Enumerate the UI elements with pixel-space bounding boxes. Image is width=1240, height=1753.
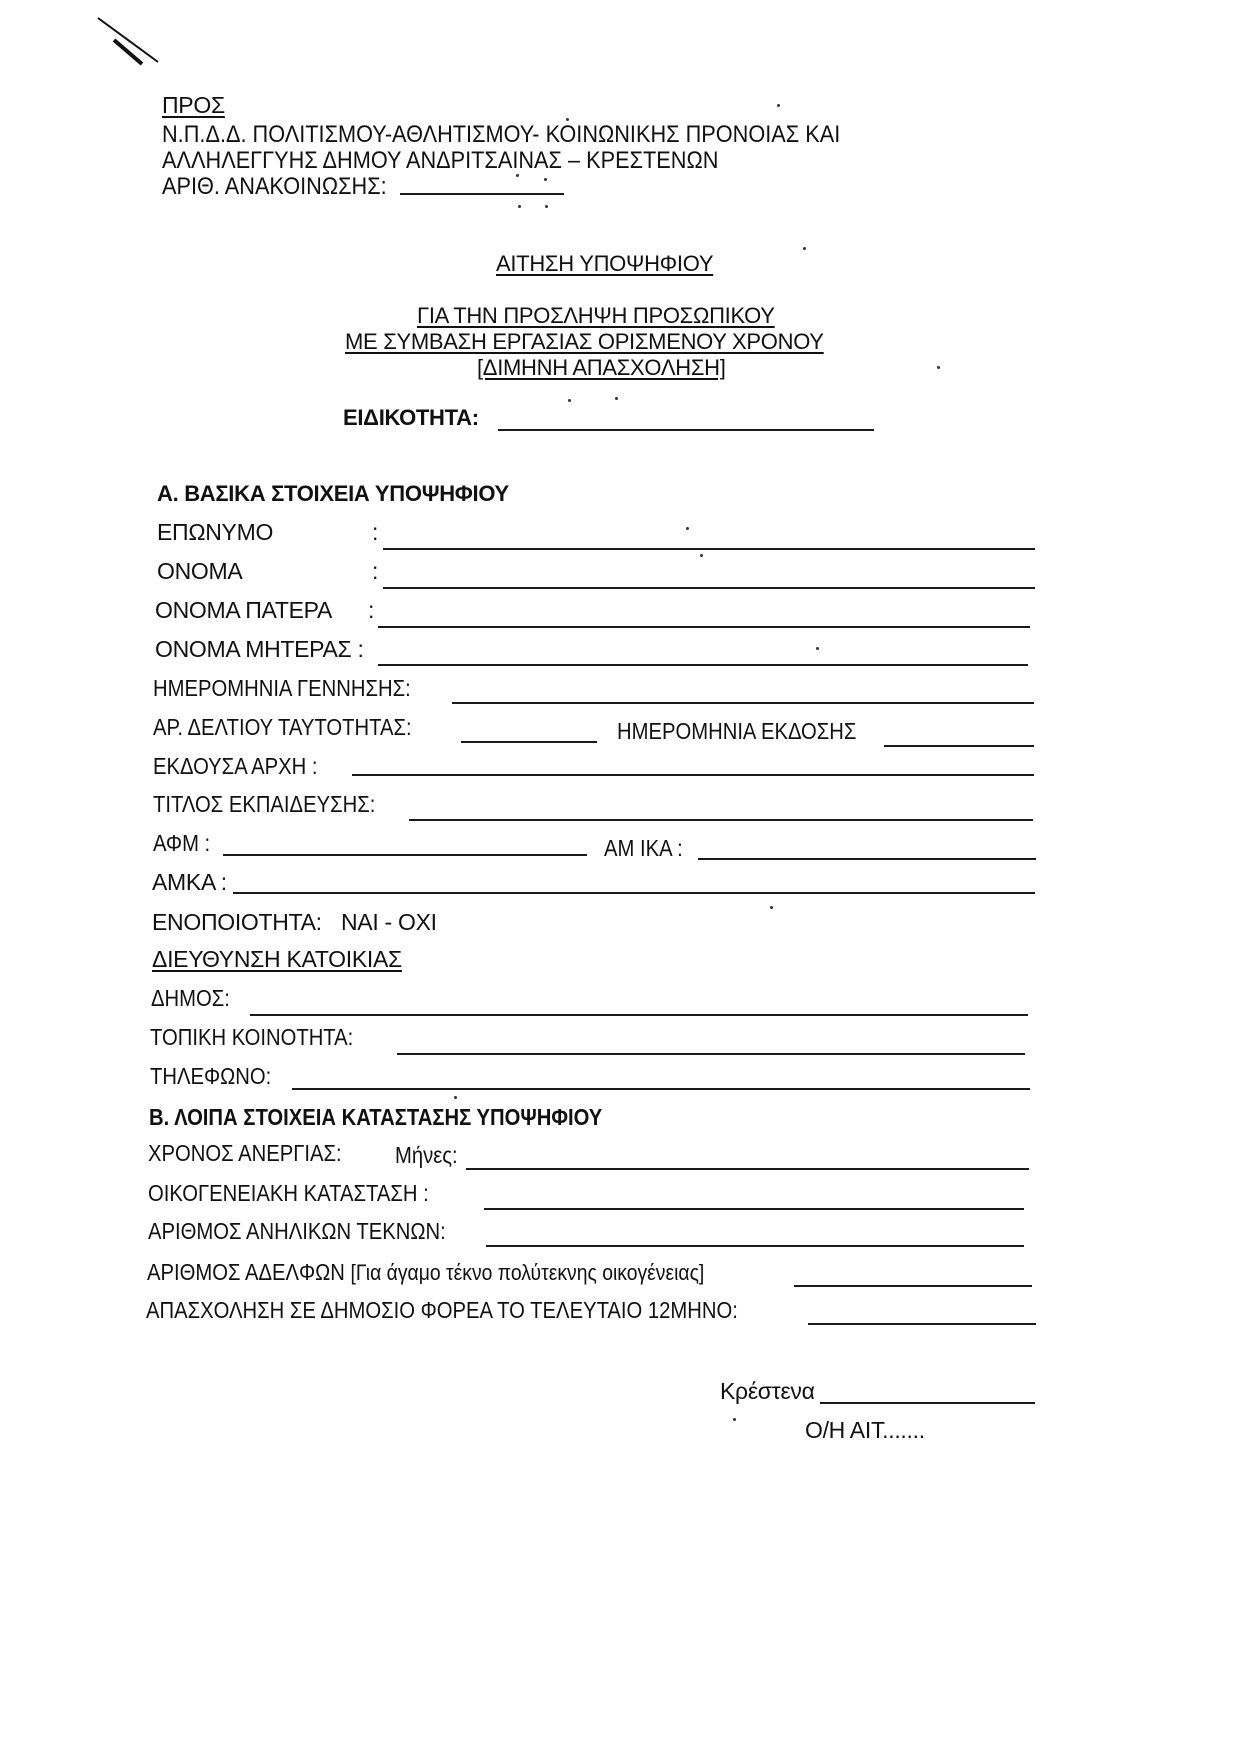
municipality-label: ΔΗΜΟΣ: [151,985,230,1012]
siblings-field[interactable] [794,1285,1032,1287]
section-b-heading: Β. ΛΟΙΠΑ ΣΤΟΙΧΕΙΑ ΚΑΤΑΣΤΑΣΗΣ ΥΠΟΨΗΦΙΟΥ [149,1104,602,1131]
to-label: ΠΡΟΣ [162,92,225,119]
announcement-label: ΑΡΙΘ. ΑΝΑΚΟΙΝΩΣΗΣ: [162,173,387,201]
minor-children-field[interactable] [486,1245,1024,1247]
scan-speck [566,118,569,121]
unification-options[interactable]: ΝΑΙ - ΟΧΙ [341,909,437,936]
community-field[interactable] [397,1053,1025,1055]
signature-label: Ο/Η ΑΙΤ....... [805,1417,925,1444]
form-subtitle-2: ΜΕ ΣΥΜΒΑΣΗ ΕΡΓΑΣΙΑΣ ΟΡΙΣΜΕΝΟΥ ΧΡΟΝΟΥ [345,329,824,355]
scan-speck [568,399,571,402]
scan-speck [545,205,548,208]
section-a-heading: Α. ΒΑΣΙΚΑ ΣΤΟΙΧΕΙΑ ΥΠΟΨΗΦΙΟΥ [157,481,509,507]
form-subtitle-3: [ΔΙΜΗΝΗ ΑΠΑΣΧΟΛΗΣΗ] [477,355,726,381]
scan-speck [777,104,780,107]
siblings-label-text: ΑΡΙΘΜΟΣ ΑΔΕΛΦΩΝ [147,1259,345,1285]
scan-speck [700,554,703,557]
issuing-authority-label: ΕΚΔΟΥΣΑ ΑΡΧΗ : [153,753,317,780]
birth-date-label: ΗΜΕΡΟΜΗΝΙΑ ΓΕΝΝΗΣΗΣ: [153,675,411,702]
issue-date-label: ΗΜΕΡΟΜΗΝΙΑ ΕΚΔΟΣΗΣ [617,718,856,745]
scan-speck [615,397,618,400]
afm-label: ΑΦΜ : [153,830,210,857]
father-name-field[interactable] [378,626,1030,628]
mother-name-field[interactable] [378,664,1028,666]
scan-speck [686,527,689,530]
scan-speck [454,1096,457,1099]
scan-speck [770,906,773,909]
recipient-line-1: Ν.Π.Δ.Δ. ΠΟΛΙΤΙΣΜΟΥ-ΑΘΛΗΤΙΣΜΟΥ- ΚΟΙΝΩΝΙΚ… [162,121,840,149]
siblings-note: [Για άγαμο τέκνο πολύτεκνης οικογένειας] [351,1260,705,1285]
father-name-label: ΟΝΟΜΑ ΠΑΤΕΡΑ [155,597,332,624]
scan-speck [733,1418,736,1421]
unemployment-label: ΧΡΟΝΟΣ ΑΝΕΡΓΙΑΣ: [148,1140,342,1167]
form-subtitle-1: ΓΙΑ ΤΗΝ ΠΡΟΣΛΗΨΗ ΠΡΟΣΩΠΙΚΟΥ [417,303,775,329]
announcement-number-field[interactable] [400,193,564,195]
municipality-field[interactable] [250,1014,1028,1016]
scan-speck [937,366,940,369]
scan-speck [803,247,806,250]
scan-mark-icon [96,14,166,74]
community-label: ΤΟΠΙΚΗ ΚΟΙΝΟΤΗΤΑ: [150,1024,353,1051]
first-name-field[interactable] [383,587,1035,589]
first-name-colon: : [372,558,378,585]
phone-label: ΤΗΛΕΦΩΝΟ: [150,1063,271,1090]
surname-label: ΕΠΩΝΥΜΟ [157,519,273,546]
id-number-label: ΑΡ. ΔΕΛΤΙΟΥ ΤΑΥΤΟΤΗΤΑΣ: [153,714,412,741]
marital-status-label: ΟΙΚΟΓΕΝΕΙΑΚΗ ΚΑΤΑΣΤΑΣΗ : [148,1180,429,1207]
scan-speck [518,205,521,208]
surname-field[interactable] [383,548,1035,550]
scan-speck [544,178,547,181]
issuing-authority-field[interactable] [352,774,1034,776]
afm-field[interactable] [223,854,587,856]
education-title-label: ΤΙΤΛΟΣ ΕΚΠΑΙΔΕΥΣΗΣ: [153,791,375,818]
am-ika-label: ΑΜ ΙΚΑ : [604,835,683,862]
phone-field[interactable] [292,1088,1030,1090]
specialty-label: ΕΙΔΙΚΟΤΗΤΑ: [343,405,479,431]
form-title: ΑΙΤΗΣΗ ΥΠΟΨΗΦΙΟΥ [496,251,713,277]
address-heading: ΔΙΕΥΘΥΝΣΗ ΚΑΤΟΙΚΙΑΣ [152,946,402,973]
first-name-label: ΟΝΟΜΑ [157,558,242,585]
marital-status-field[interactable] [484,1208,1024,1210]
birth-date-field[interactable] [452,702,1034,704]
public-employment-field[interactable] [808,1323,1036,1325]
issue-date-field[interactable] [884,745,1034,747]
place-label: Κρέστενα [720,1378,815,1405]
unification-label: ΕΝΟΠΟΙΟΤΗΤΑ: [152,909,322,936]
amka-field[interactable] [233,892,1035,894]
siblings-label: ΑΡΙΘΜΟΣ ΑΔΕΛΦΩΝ [Για άγαμο τέκνο πολύτεκ… [147,1259,704,1286]
recipient-line-2: ΑΛΛΗΛΕΓΓΥΗΣ ΔΗΜΟΥ ΑΝΔΡΙΤΣΑΙΝΑΣ – ΚΡΕΣΤΕΝ… [162,147,718,175]
scan-speck [816,647,819,650]
public-employment-label: ΑΠΑΣΧΟΛΗΣΗ ΣΕ ΔΗΜΟΣΙΟ ΦΟΡΕΑ ΤΟ ΤΕΛΕΥΤΑΙΟ… [146,1297,738,1324]
am-ika-field[interactable] [698,858,1036,860]
mother-name-label: ΟΝΟΜΑ ΜΗΤΕΡΑΣ : [155,636,364,663]
id-number-field[interactable] [461,741,597,743]
scan-speck [516,174,519,177]
unemployment-months-field[interactable] [466,1168,1029,1170]
minor-children-label: ΑΡΙΘΜΟΣ ΑΝΗΛΙΚΩΝ ΤΕΚΝΩΝ: [148,1218,446,1245]
education-title-field[interactable] [409,819,1033,821]
specialty-field[interactable] [498,429,874,431]
date-field[interactable] [820,1402,1035,1404]
surname-colon: : [372,519,378,546]
amka-label: ΑΜΚΑ : [152,869,227,896]
father-name-colon: : [368,597,374,624]
unemployment-months-label: Μήνες: [395,1142,458,1169]
